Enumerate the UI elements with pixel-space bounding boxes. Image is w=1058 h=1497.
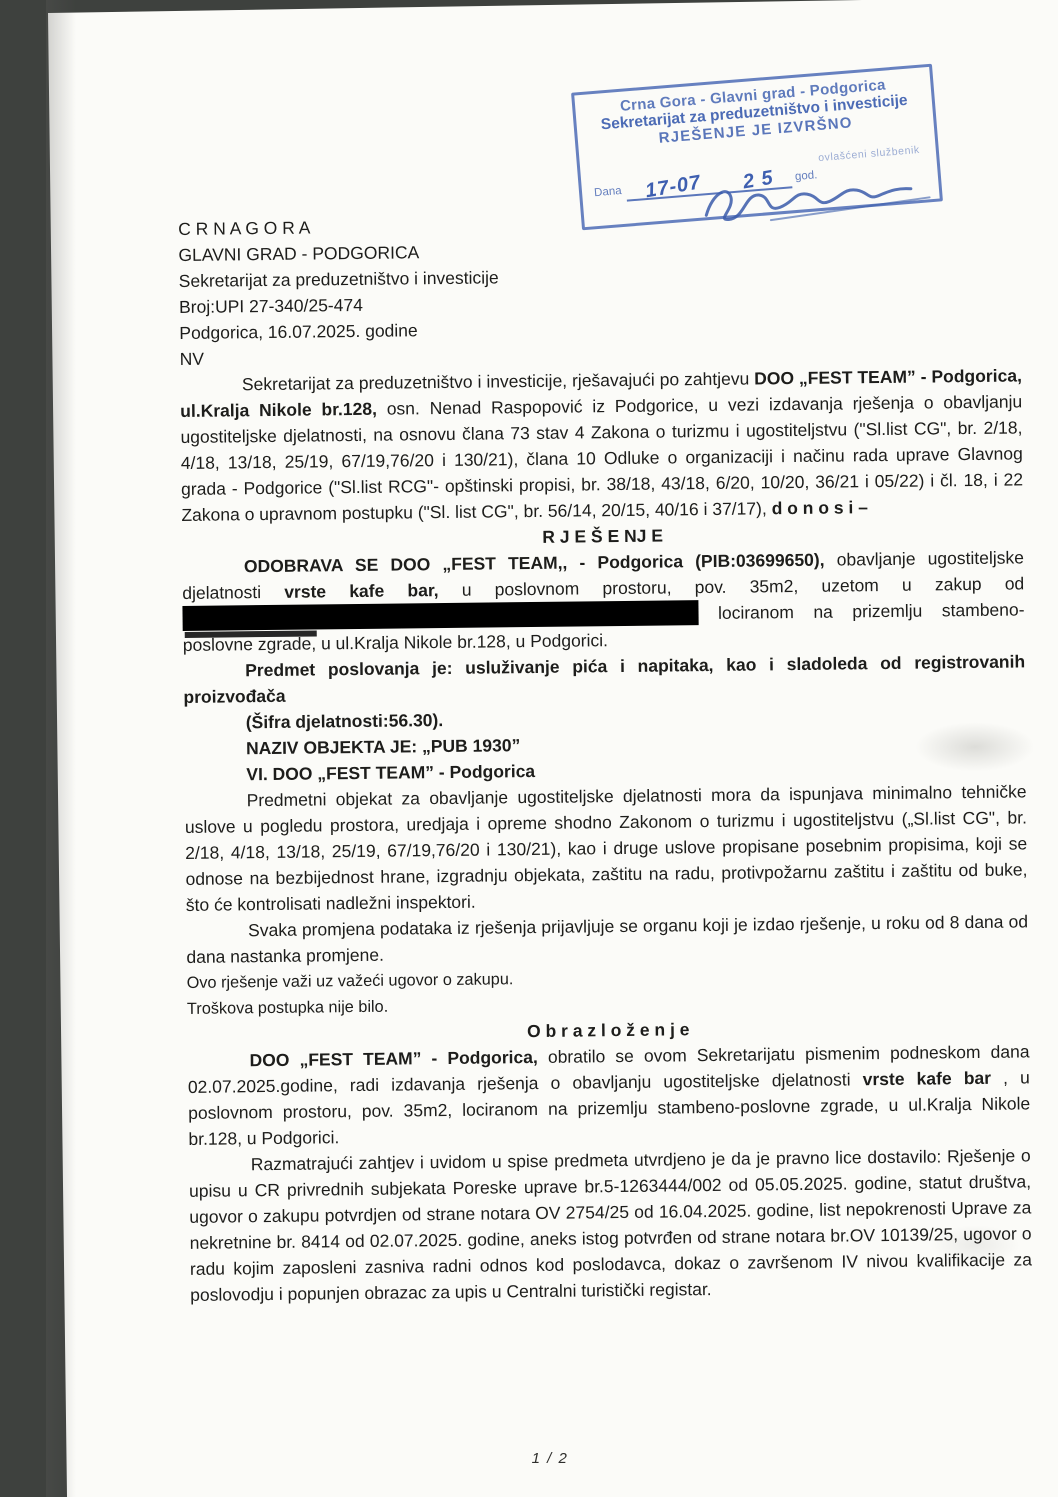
redaction-bar [182, 600, 698, 631]
predmet-paragraph: Predmet poslovanja je: usluživanje pića … [183, 648, 1026, 710]
document-body: C R N A G O R A GLAVNI GRAD - PODGORICA … [178, 206, 1032, 1307]
footer-page-number: 1 / 2 [470, 1450, 630, 1467]
executive-stamp: Crna Gora - Glavni grad - Podgorica Sekr… [571, 64, 943, 231]
stamp-handwritten-day: 17-07 [644, 171, 703, 203]
uslovi-paragraph: Predmetni objekat za obavljanje ugostite… [184, 778, 1027, 918]
obrazlozenje-paragraph-2: Razmatrajući zahtjev i uvidom u spise pr… [189, 1142, 1033, 1308]
intro-paragraph: Sekretarijat za preduzetništvo i investi… [180, 362, 1024, 528]
promjena-paragraph: Svaka promjena podataka iz rješenja prij… [186, 908, 1029, 970]
odobrava-paragraph: ODOBRAVA SE DOO „FEST TEAM,, - Podgorica… [182, 544, 1025, 658]
obrazlozenje-paragraph-1: DOO „FEST TEAM” - Podgorica, obratilo se… [187, 1038, 1030, 1152]
paper-edge-shadow [46, 0, 76, 1497]
stamp-date-label: Dana [594, 185, 622, 199]
